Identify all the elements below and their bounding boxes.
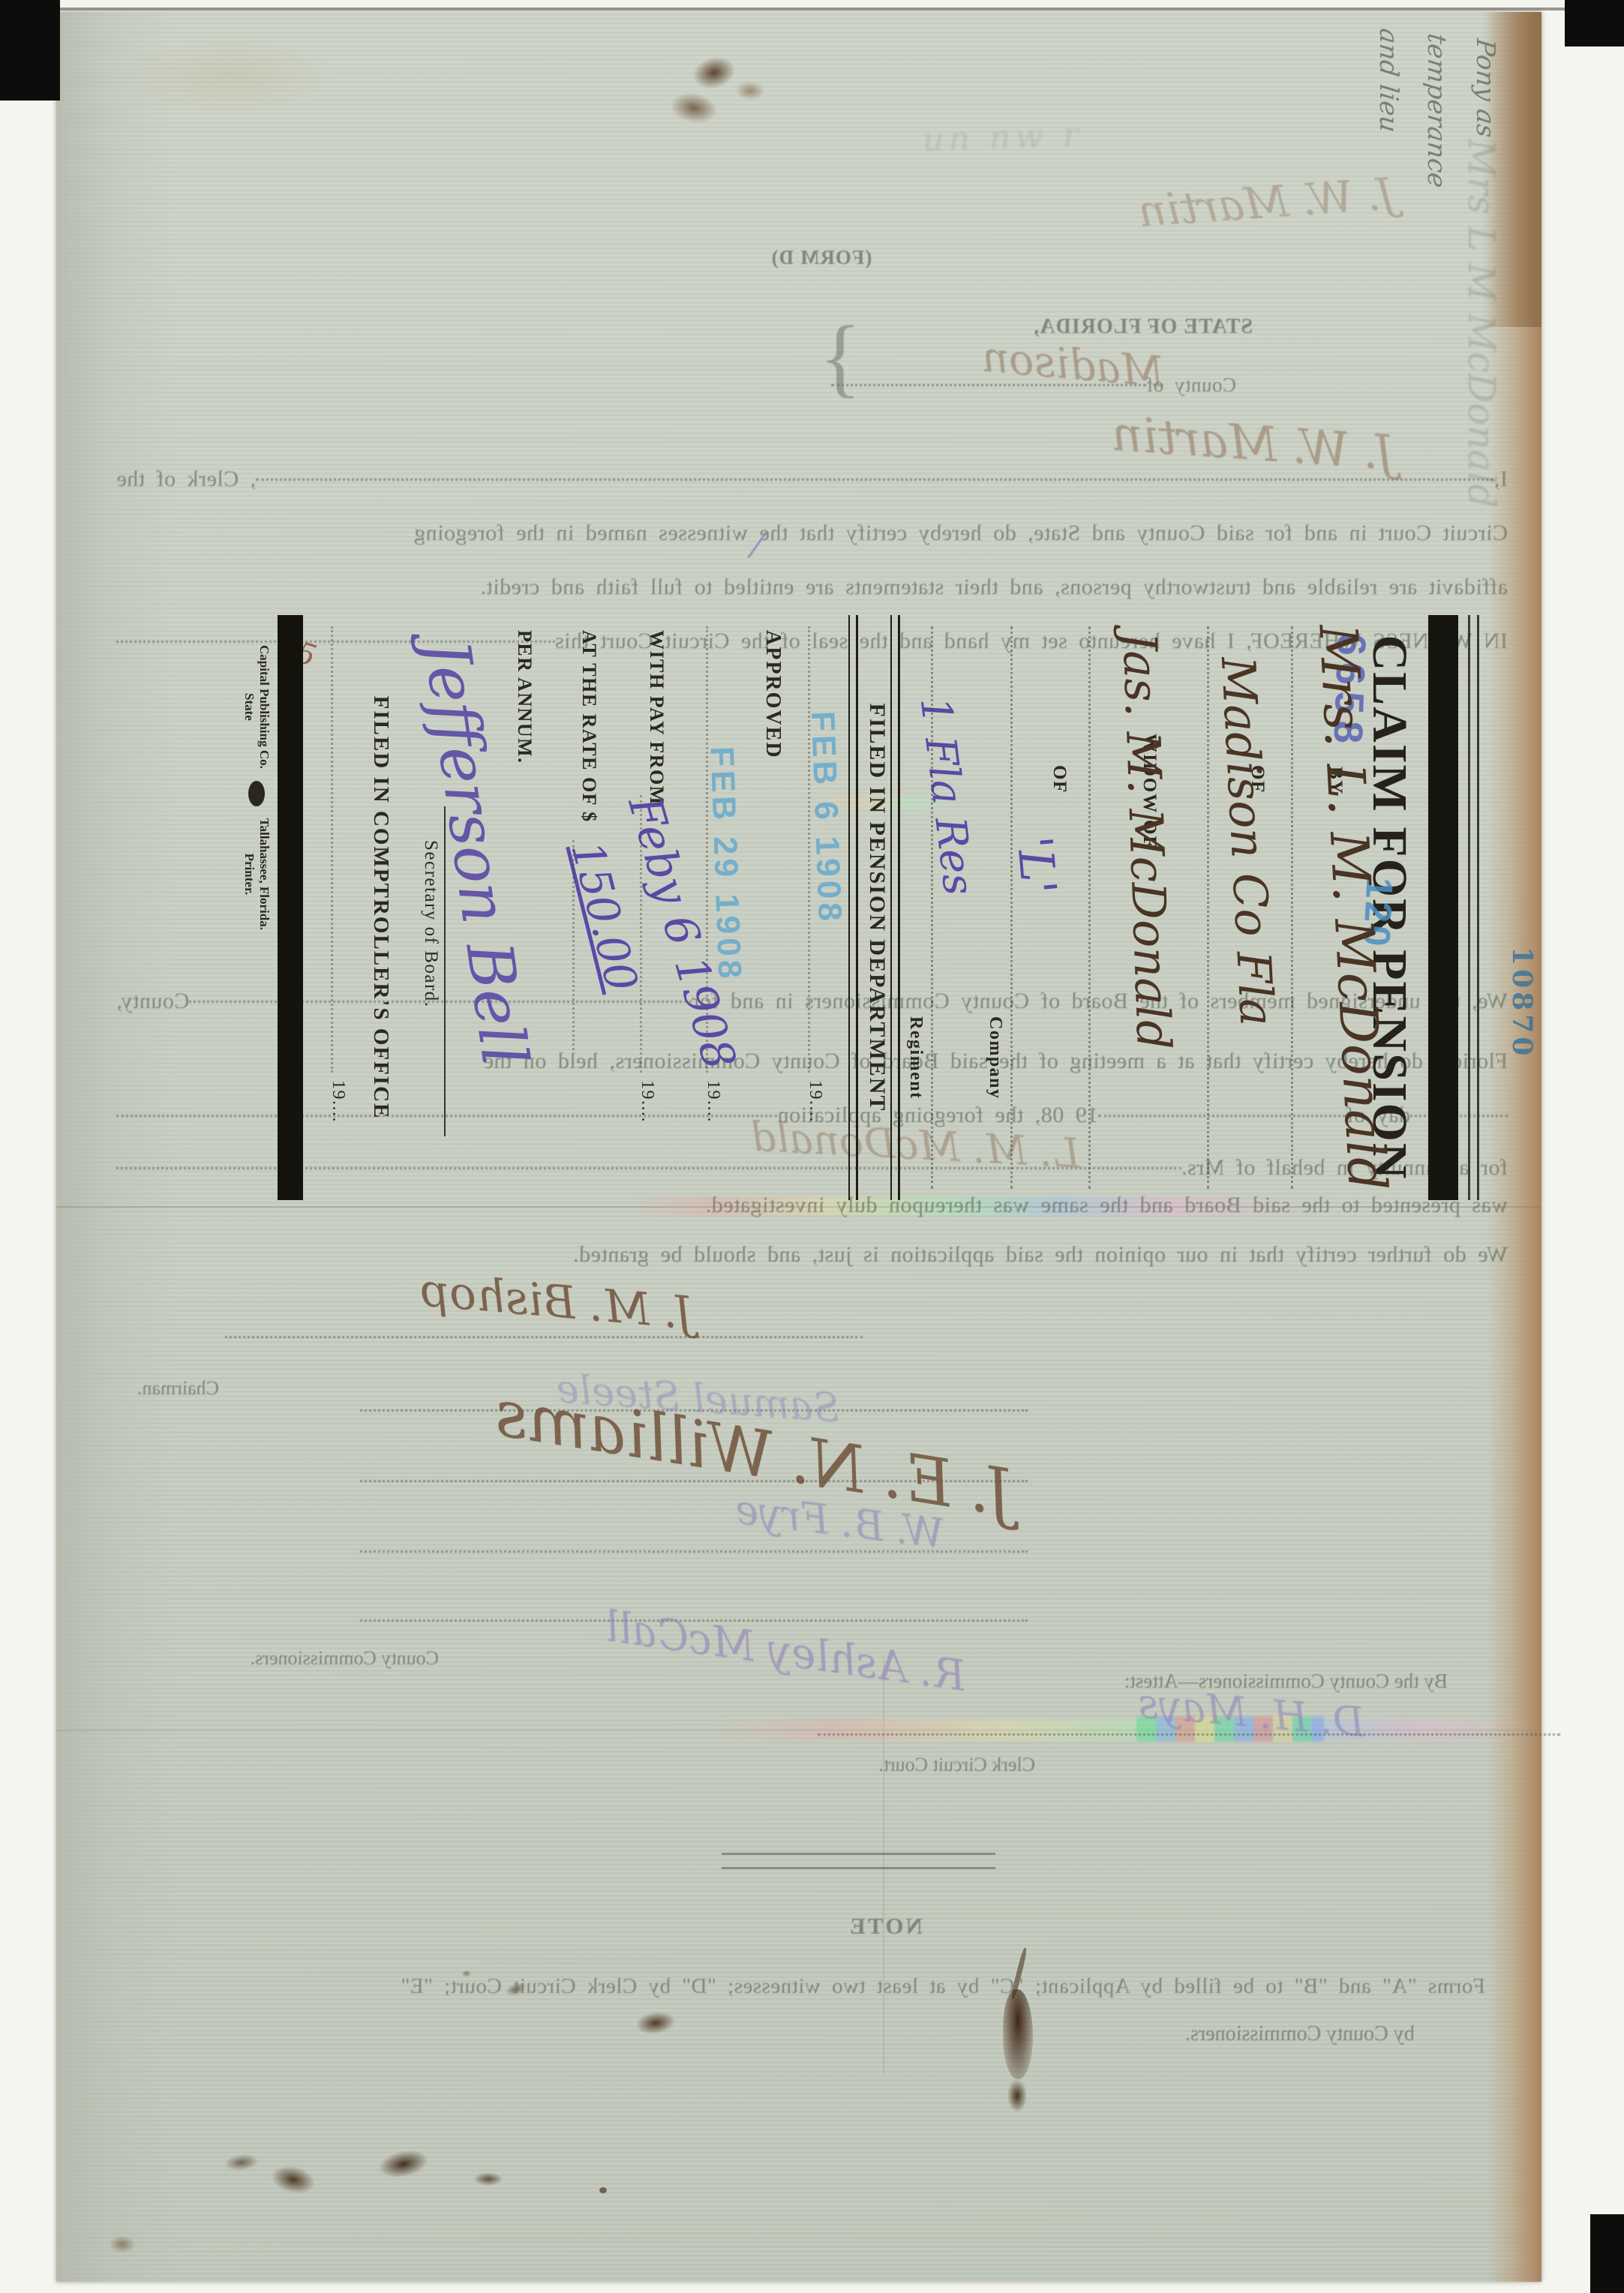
ink-stain: [269, 2161, 319, 2198]
bleed-board-line6: We do further certify that in our opinio…: [116, 1242, 1508, 1268]
bleed-text: affidavit are reliable and trustworthy p…: [480, 575, 1508, 600]
bleed-divider-rule: [722, 1853, 995, 1869]
headline-thin-rule: [1468, 615, 1479, 1200]
printer-name: Capital Publishing Co.State: [242, 645, 272, 769]
company-label: Company: [985, 1016, 1005, 1100]
ink-stain: [634, 2009, 677, 2036]
bleed-form-label: (FORM D): [743, 246, 900, 269]
secretary-rule: [444, 806, 446, 1136]
bleed-text: Forms "A" and "B" to be filled by Applic…: [401, 1974, 1485, 1999]
dept-date-stamp: FEB 6 1908: [803, 710, 848, 925]
residence-handwriting: Madison Co Fla: [1211, 656, 1291, 1153]
bleed-line-circuit: Circuit Court in and for said County and…: [116, 521, 1508, 546]
pay-from-label: WITH PAY FROM: [645, 630, 668, 806]
rate-label: AT THE RATE OF $: [578, 630, 600, 823]
ink-stain: [668, 89, 720, 128]
dotted-leader: [818, 1733, 1560, 1736]
scanned-document: (FORM D) J. W. Martin STATE OF FLORIDA, …: [0, 0, 1624, 2293]
bleed-chairman-label: Chairman.: [114, 1377, 219, 1400]
secretary-label: Secretary of Board.: [420, 840, 441, 1008]
comptroller-line: FILED IN COMPTROLLER'S OFFICE: [368, 615, 393, 1200]
field-line: [572, 840, 575, 1050]
ink-stain: [377, 2147, 431, 2182]
bleed-note-line2: by County Commissioners.: [1185, 2022, 1485, 2046]
ink-stain-large: [1003, 1989, 1033, 2079]
field-line: [1291, 626, 1293, 1189]
ink-stain: [109, 2235, 136, 2253]
field-line: [1207, 626, 1209, 1189]
soldier-handwriting: Jas. M. McDonald: [1112, 631, 1185, 1172]
bleed-brace: }: [819, 306, 862, 408]
union-label-icon: [248, 781, 265, 806]
ink-stain: [473, 2172, 503, 2186]
scan-corner-topleft: [0, 0, 60, 101]
field-line: [331, 626, 333, 1073]
bleed-text: Circuit Court in and for said County and…: [414, 521, 1508, 546]
ink-stain: [1007, 2079, 1027, 2112]
year-dots: 19....: [637, 1080, 657, 1123]
bleed-attest-sigline: [818, 1739, 1560, 1741]
dept-rule-top: [890, 615, 900, 1200]
of2-label: OF: [1049, 765, 1070, 794]
scan-corner-topright: [1565, 0, 1624, 47]
ink-stain: [224, 2153, 260, 2173]
regiment-label: Regiment: [905, 1016, 926, 1100]
ink-speck: [599, 2187, 607, 2193]
pencil-ghost-name: Mrs L M McDonald: [1379, 139, 1503, 469]
company-handwriting: 'L': [1006, 834, 1066, 897]
per-annum-label: PER ANNUM.: [513, 630, 536, 764]
bleed-chairman-sigline: [225, 1341, 863, 1343]
field-line: [808, 626, 810, 1073]
filing-endorsement-block: CLAIM FOR PENSION 6658 120 BY Mrs. L. M.…: [227, 615, 1494, 1200]
bottom-thick-rule: [278, 615, 303, 1200]
year-dots: 19....: [328, 1080, 348, 1123]
dept-rule-bottom: [848, 615, 858, 1200]
bleed-county-comm-label: County Commissioners.: [184, 1647, 439, 1670]
archive-number-stamp: 10870: [1499, 947, 1538, 1074]
paper-left-edge: [56, 12, 176, 2282]
dept-line: FILED IN PENSION DEPARTMENT: [864, 615, 890, 1200]
dotted-leader: [256, 479, 1493, 481]
bleed-line-affidavit: affidavit are reliable and trustworthy p…: [116, 575, 1508, 600]
bleed-text: We do further certify that in our opinio…: [573, 1242, 1508, 1268]
ink-stain: [689, 52, 740, 94]
bleed-note-title: NOTE: [825, 1913, 945, 1940]
scan-corner-bottomright: [1590, 2214, 1624, 2293]
paper-top-shadow: [60, 8, 1565, 11]
ink-stain: [735, 81, 765, 101]
bleed-text: County,: [116, 989, 189, 1014]
bleed-clerk-of-the: , Clerk of the: [116, 467, 256, 492]
headline-thick-rule: [1428, 615, 1458, 1200]
field-line: [1088, 626, 1091, 1189]
dotted-leader: [225, 1336, 863, 1338]
foxing-spot: [124, 35, 334, 117]
field-line: [1010, 626, 1013, 1189]
field-line: [931, 626, 933, 1189]
regiment-handwriting: 1 Fla Res: [911, 695, 998, 1013]
bleed-clerk-court-label: Clerk Circuit Court.: [855, 1754, 1035, 1776]
printer-city: Tallahassee, Florida.Printer.: [242, 818, 272, 930]
printer-credit: Capital Publishing Co.State Tallahassee,…: [242, 645, 272, 990]
year-dots: 19....: [805, 1080, 825, 1123]
bleed-note-line1: Forms "A" and "B" to be filled by Applic…: [263, 1974, 1485, 1999]
approved-label: APPROVED: [761, 630, 785, 759]
field-line: [640, 795, 642, 1073]
